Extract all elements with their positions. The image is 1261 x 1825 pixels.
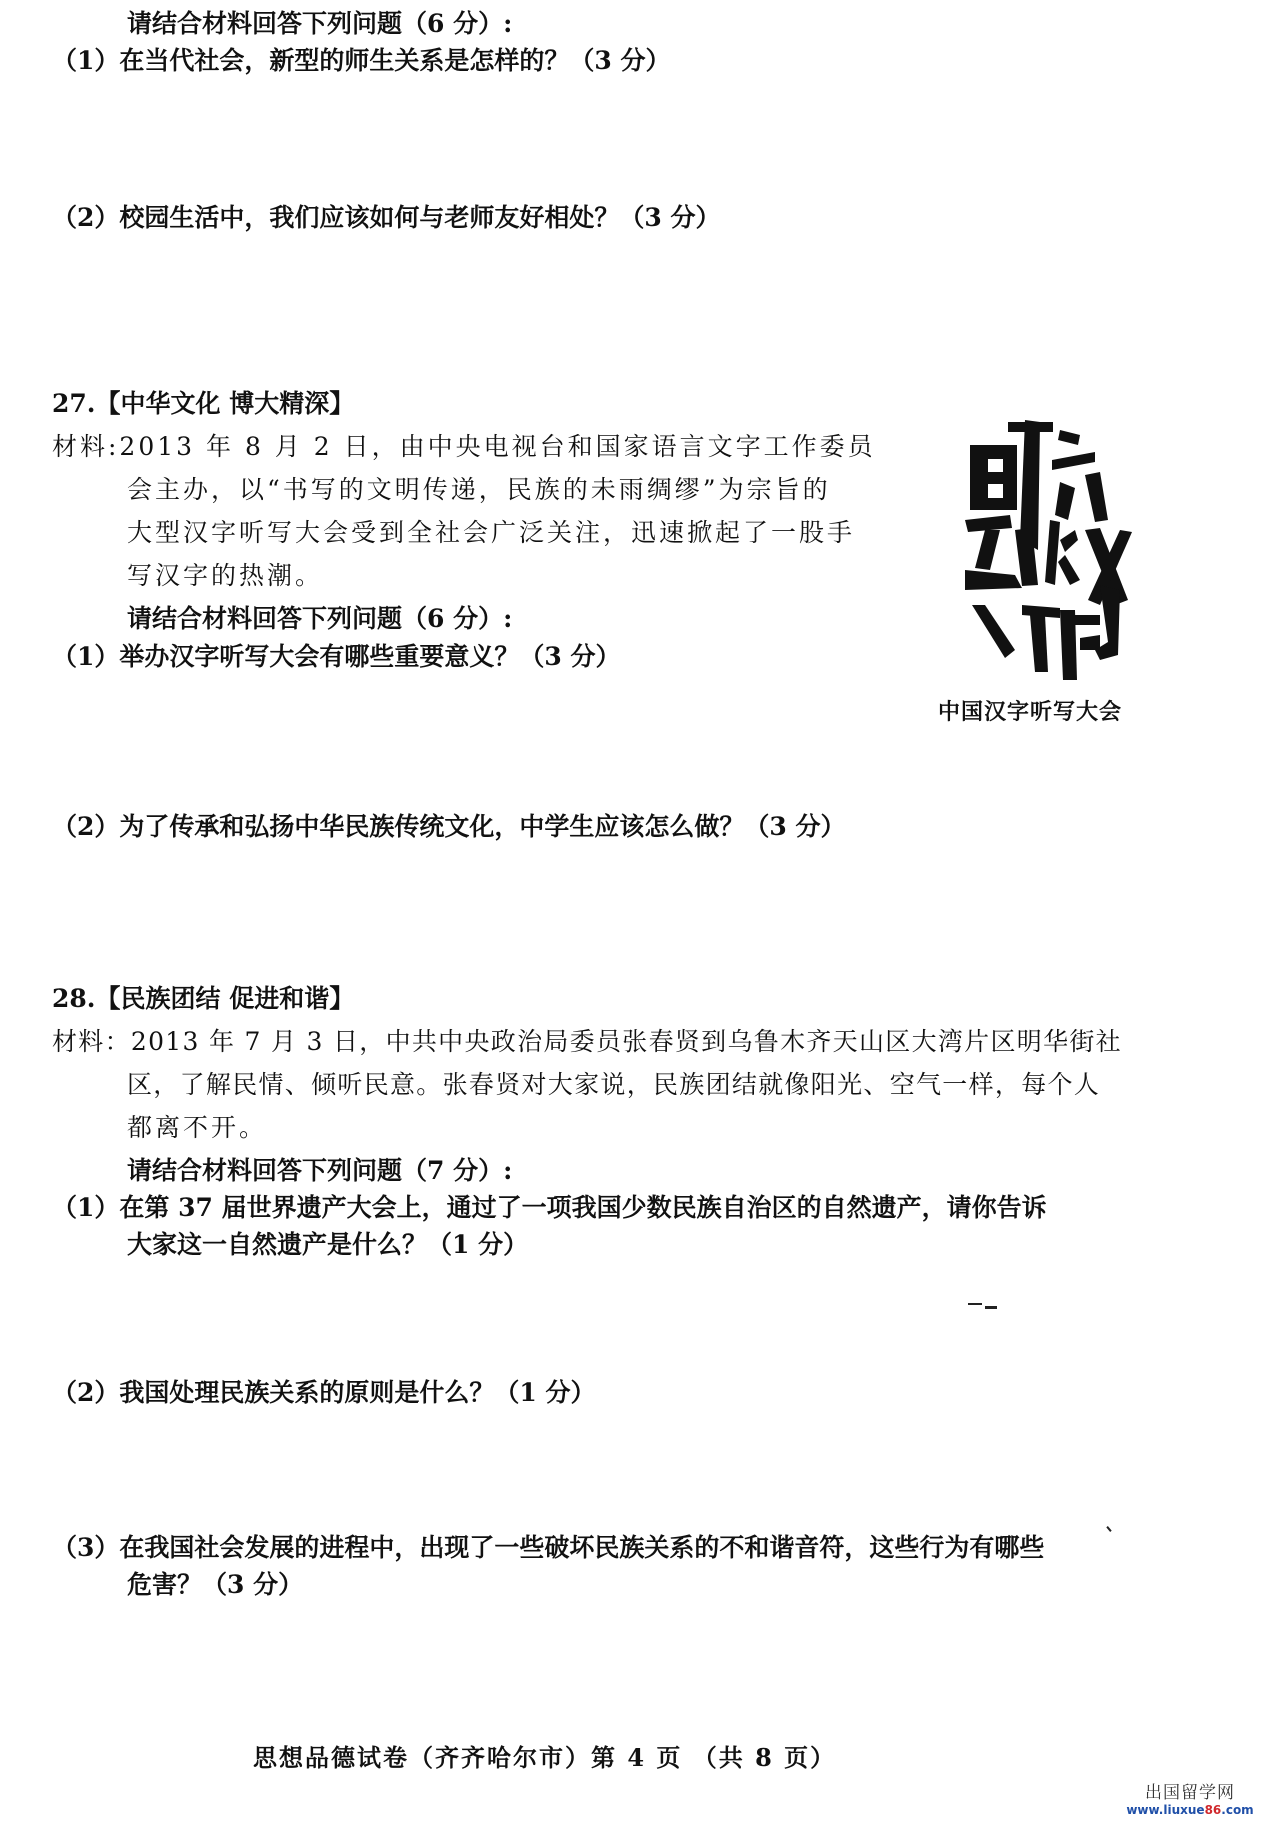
q28-subquestion-1-line-2: 大家这一自然遗产是什么？（1 分） [127,1230,528,1260]
scan-mark [968,1303,982,1305]
page-footer: 思想品德试卷（齐齐哈尔市）第 4 页 （共 8 页） [253,1738,836,1773]
scan-mark [1106,1526,1111,1532]
watermark-url-highlight: 86 [1205,1803,1222,1817]
q27-material-line-4: 写汉字的热潮。 [127,561,323,591]
q28-subquestion-2: （2）我国处理民族关系的原则是什么？（1 分） [52,1378,596,1408]
scan-mark [985,1306,997,1309]
q26-prompt: 请结合材料回答下列问题（6 分）: [127,9,512,39]
q28-title: 28.【民族团结 促进和谐】 [52,984,354,1014]
q28-material-line-2: 区，了解民情、倾听民意。张春贤对大家说，民族团结就像阳光、空气一样，每个人 [127,1070,1100,1100]
q27-subquestion-1: （1）举办汉字听写大会有哪些重要意义？（3 分） [52,642,621,672]
watermark-url-prefix: www.liuxue [1126,1803,1204,1817]
watermark-url: www.liuxue86.com [1120,1803,1260,1817]
q26-subquestion-2: （2）校园生活中，我们应该如何与老师友好相处？（3 分） [52,203,721,233]
watermark-url-suffix: .com [1221,1803,1253,1817]
q27-title: 27.【中华文化 博大精深】 [52,389,354,419]
site-watermark: 出国留学网 www.liuxue86.com [1120,1783,1260,1817]
q28-subquestion-3-line-1: （3）在我国社会发展的进程中，出现了一些破坏民族关系的不和谐音符，这些行为有哪些 [52,1533,1044,1563]
q27-prompt: 请结合材料回答下列问题（6 分）: [127,604,512,634]
calligraphy-logo-icon [960,410,1140,680]
watermark-title: 出国留学网 [1120,1783,1260,1803]
q27-subquestion-2: （2）为了传承和弘扬中华民族传统文化，中学生应该怎么做？（3 分） [52,812,846,842]
q28-material-line-3: 都离不开。 [127,1113,267,1143]
logo-caption: 中国汉字听写大会 [938,695,1122,726]
q28-material-line-1: 材料：2013 年 7 月 3 日，中共中央政治局委员张春贤到乌鲁木齐天山区大湾… [52,1027,1122,1057]
q26-subquestion-1: （1）在当代社会，新型的师生关系是怎样的？（3 分） [52,46,671,76]
q27-material-line-2: 会主办，以“书写的文明传递，民族的未雨绸缪”为宗旨的 [127,475,831,505]
q28-subquestion-1-line-1: （1）在第 37 届世界遗产大会上，通过了一项我国少数民族自治区的自然遗产，请你… [52,1193,1047,1223]
q28-subquestion-3-line-2: 危害？（3 分） [127,1570,303,1600]
q28-prompt: 请结合材料回答下列问题（7 分）: [127,1156,512,1186]
q27-material-line-1: 材料:2013 年 8 月 2 日，由中央电视台和国家语言文字工作委员 [52,432,876,462]
q27-material-line-3: 大型汉字听写大会受到全社会广泛关注，迅速掀起了一股手 [127,518,855,548]
